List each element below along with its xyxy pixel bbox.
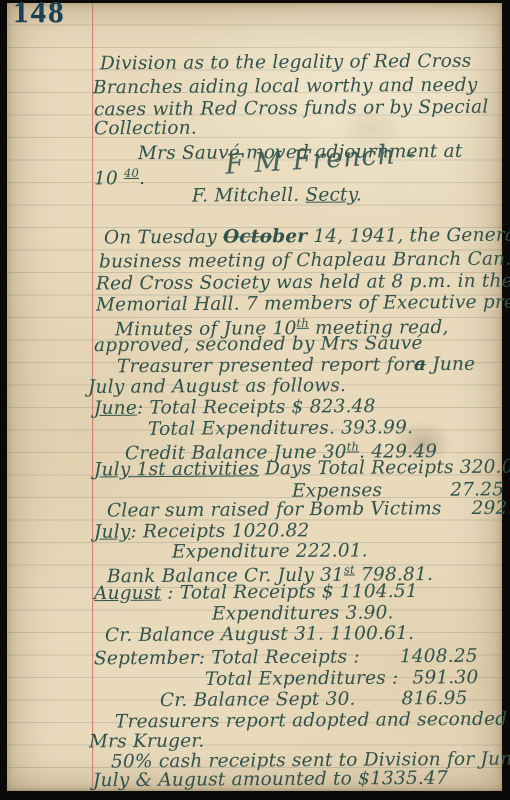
ledger-entry: Expenditures 3.90. — [212, 602, 394, 624]
time-hour: 10 — [94, 168, 124, 189]
secretary-period: . — [356, 184, 362, 205]
minutes-line: July & August amounted to $1335.47 — [93, 768, 448, 791]
minutes-line: cases with Red Cross funds or by Special — [94, 97, 489, 121]
month-heading: June — [94, 398, 137, 419]
entry-text: : Total Receipts $ 1104.51 — [161, 581, 418, 604]
month-heading: August — [94, 583, 161, 604]
entry-amount: 1408.25 — [360, 646, 478, 668]
entry-text: : Total Receipts $ 823.48 — [137, 396, 376, 419]
meeting-date-line: On Tuesday October 14, 1941, the General — [104, 225, 510, 249]
entry-text: : Receipts 1020.82 — [130, 520, 309, 542]
entry-label: Clear sum raised for Bomb Victims — [107, 498, 442, 521]
time-minutes-superscript: 40 — [124, 166, 139, 180]
ledger-entry-july-activities: July 1st activities Days Total Receipts … — [94, 456, 510, 480]
scanned-ledger-page: 148 Division as to the legality of Red C… — [0, 0, 510, 800]
page-number: 148 — [13, 0, 66, 30]
ledger-entry: Cr. Balance August 31. 1100.61. — [105, 623, 414, 646]
entry-heading: July 1st activities — [94, 458, 259, 480]
entry-label: September: Total Receipts : — [94, 646, 360, 669]
entry-label: Cr. Balance Sept 30. — [160, 689, 356, 711]
minutes-line: Treasurers report adopted and seconded b… — [115, 709, 510, 733]
entry-text: Days Total Receipts 320.03 — [259, 456, 510, 479]
month-heading: July — [94, 521, 131, 542]
secretary-title: Secty — [305, 184, 356, 205]
adjournment-time: 10 40. — [94, 163, 145, 190]
line-text: Treasurer presented report for — [117, 354, 414, 377]
minutes-line: Red Cross Society was held at 8 p.m. in … — [96, 271, 510, 295]
ledger-entry-july: July: Receipts 1020.82 — [94, 520, 310, 543]
signature-secretary: F. Mitchell. Secty. — [192, 184, 362, 206]
date-suffix: 14, 1941, the General — [307, 225, 510, 248]
overwritten-month: Octo — [223, 226, 272, 247]
ordinal-superscript: th — [296, 316, 309, 330]
signature-chairman: F M French - — [225, 143, 417, 176]
minutes-line: Mrs Kruger. — [89, 731, 205, 753]
entry-amount: 816.95 — [356, 688, 468, 710]
time-period: . — [139, 168, 145, 189]
minutes-line: Collection. — [94, 118, 197, 140]
minutes-line: Branches aiding local worthy and needy — [93, 75, 478, 99]
month-rest: ber — [272, 226, 307, 247]
ledger-entry-august: August : Total Receipts $ 1104.51 — [94, 581, 418, 604]
minutes-line: Treasurer presented report fora June — [117, 354, 475, 378]
ordinal-superscript: th — [347, 439, 360, 453]
ledger-entry: Cr. Balance Sept 30.816.95 — [160, 688, 468, 711]
minutes-line: Division as to the legality of Red Cross — [100, 51, 472, 75]
secretary-name: F. Mitchell. — [192, 185, 306, 207]
ledger-entry: Total Expenditures :591.30 — [205, 667, 479, 690]
crossed-out-text: a — [414, 354, 426, 375]
ledger-entry-june: June: Total Receipts $ 823.48 — [94, 396, 376, 419]
ordinal-superscript: st — [344, 562, 355, 576]
minutes-line: approved, seconded by Mrs Sauvé — [94, 333, 423, 356]
line-text: June — [426, 354, 475, 375]
date-prefix: On Tuesday — [104, 227, 223, 249]
minutes-line: July and August as follows. — [88, 375, 346, 398]
ledger-entry: Clear sum raised for Bomb Victims292.78 — [107, 497, 510, 521]
ledger-paper: 148 Division as to the legality of Red C… — [7, 3, 502, 791]
entry-amount: 292.78 — [442, 497, 510, 519]
entry-amount: 591.30 — [398, 667, 478, 689]
minutes-line: business meeting of Chapleau Branch Can. — [99, 249, 510, 273]
entry-label: Total Expenditures : — [205, 668, 399, 690]
ledger-entry-september: September: Total Receipts :1408.25 — [94, 646, 478, 670]
